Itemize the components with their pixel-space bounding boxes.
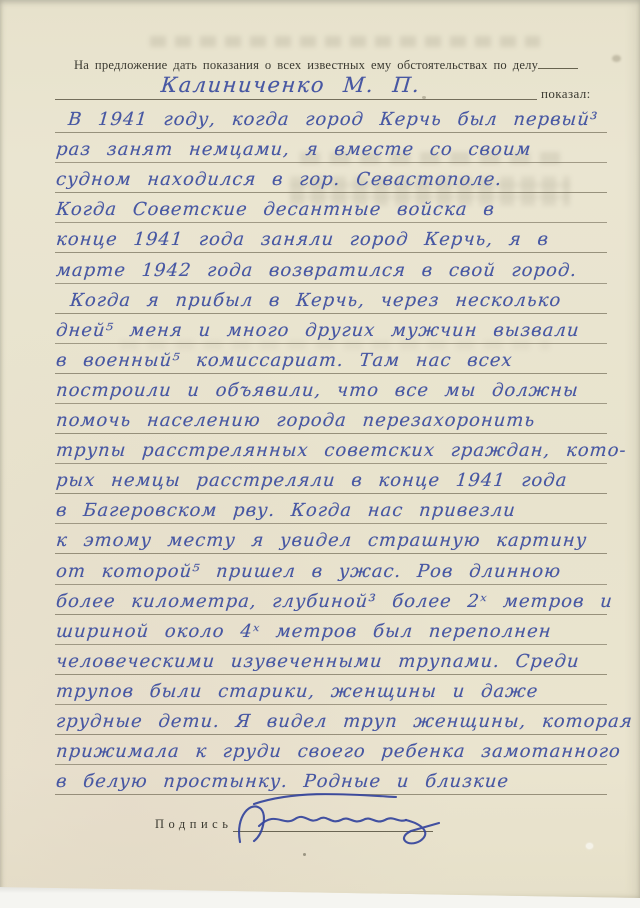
testimony-line: Когда я прибыл в Керчь, через несколько: [55, 284, 607, 314]
testimony-line-text: судном находился в гор. Севастополе.: [55, 171, 503, 192]
testimony-line-text: построили и объявили, что все мы должны: [55, 382, 580, 403]
testimony-line-text: от которой⁵ пришел в ужас. Ров длинною: [55, 563, 562, 584]
testimony-line: построили и объявили, что все мы должны: [55, 374, 607, 404]
testimony-line: дней⁵ меня и много других мужчин вызвали: [55, 314, 607, 344]
testimony-body: В 1941 году, когда город Керчь был первы…: [55, 103, 607, 795]
testimony-line-text: трупов были старики, женщины и даже: [55, 683, 539, 704]
witness-name-line: Калиниченко М. П.: [55, 72, 537, 100]
testimony-line: трупов были старики, женщины и даже: [55, 675, 607, 705]
testimony-line: прижимала к груди своего ребенка замотан…: [55, 735, 607, 765]
testimony-line: В 1941 году, когда город Керчь был первы…: [55, 103, 607, 133]
testimony-line-text: шириной около 4ˣ метров был переполнен: [55, 623, 552, 644]
testimony-line: шириной около 4ˣ метров был переполнен: [55, 615, 607, 645]
paper-speck: [586, 843, 593, 849]
testimony-line-text: к этому месту я увидел страшную картину: [55, 532, 588, 553]
testimony-line: марте 1942 года возвратился в свой город…: [55, 253, 607, 283]
paper-sheet: На предложение дать показания о всех изв…: [0, 0, 640, 900]
blank-underline: [538, 57, 578, 69]
testimony-line: в Багеровском рву. Когда нас привезли: [55, 494, 607, 524]
testimony-line: к этому месту я увидел страшную картину: [55, 524, 607, 554]
testimony-line-text: грудные дети. Я видел труп женщины, кото…: [55, 713, 633, 734]
testimony-line: помочь населению города перезахоронить: [55, 404, 607, 434]
testimony-line-text: человеческими изувеченными трупами. Сред…: [55, 653, 580, 674]
scanned-document-page: На предложение дать показания о всех изв…: [0, 0, 640, 908]
testimony-line: трупы расстрелянных советских граждан, к…: [55, 434, 607, 464]
testimony-line: от которой⁵ пришел в ужас. Ров длинною: [55, 554, 607, 584]
testimony-line: раз занят немцами, я вместе со своим: [55, 133, 607, 163]
testimony-line-text: прижимала к груди своего ребенка замотан…: [55, 743, 622, 764]
testimony-line: судном находился в гор. Севастополе.: [55, 163, 607, 193]
testimony-line-text: дней⁵ меня и много других мужчин вызвали: [55, 322, 580, 343]
testimony-line-text: трупы расстрелянных советских граждан, к…: [55, 442, 627, 463]
witness-name-handwritten: Калиниченко М. П.: [160, 73, 422, 97]
testimony-line: рых немцы расстреляли в конце 1941 года: [55, 464, 607, 494]
paper-speck: [422, 96, 426, 99]
testimony-line-text: в военный⁵ комиссариат. Там нас всех: [55, 352, 513, 373]
bleed-through-smudge: [150, 36, 540, 47]
testimony-line: конце 1941 года заняли город Керчь, я в: [55, 223, 607, 253]
prompt-text: На предложение дать показания о всех изв…: [74, 58, 538, 72]
testimony-line: грудные дети. Я видел труп женщины, кото…: [55, 705, 607, 735]
testimony-line: Когда Советские десантные войска в: [55, 193, 607, 223]
prompt-printed-text: На предложение дать показания о всех изв…: [74, 57, 578, 73]
testimony-line-text: конце 1941 года заняли город Керчь, я в: [55, 231, 550, 252]
testimony-line-text: более километра, глубиной³ более 2ˣ метр…: [55, 593, 614, 614]
paper-speck: [303, 853, 306, 856]
testimony-line-text: марте 1942 года возвратился в свой город…: [55, 262, 578, 283]
testimony-line: в военный⁵ комиссариат. Там нас всех: [55, 344, 607, 374]
testimony-line-text: рых немцы расстреляли в конце 1941 года: [55, 472, 568, 493]
testimony-line-text: раз занят немцами, я вместе со своим: [55, 141, 532, 162]
signature-label: Подпись: [155, 817, 232, 832]
signature-handwritten: [226, 786, 464, 864]
testimony-line: более километра, глубиной³ более 2ˣ метр…: [55, 585, 607, 615]
testimony-line-text: помочь населению города перезахоронить: [55, 412, 536, 433]
paper-speck: [612, 55, 621, 62]
testimony-line: человеческими изувеченными трупами. Сред…: [55, 645, 607, 675]
testimony-line-text: Когда Советские десантные войска в: [55, 201, 496, 222]
testimony-line-text: В 1941 году, когда город Керчь был первы…: [67, 111, 599, 132]
testimony-line-text: Когда я прибыл в Керчь, через несколько: [69, 292, 562, 313]
testimony-line-text: в Багеровском рву. Когда нас привезли: [55, 502, 517, 523]
showed-label: показал:: [541, 86, 591, 102]
